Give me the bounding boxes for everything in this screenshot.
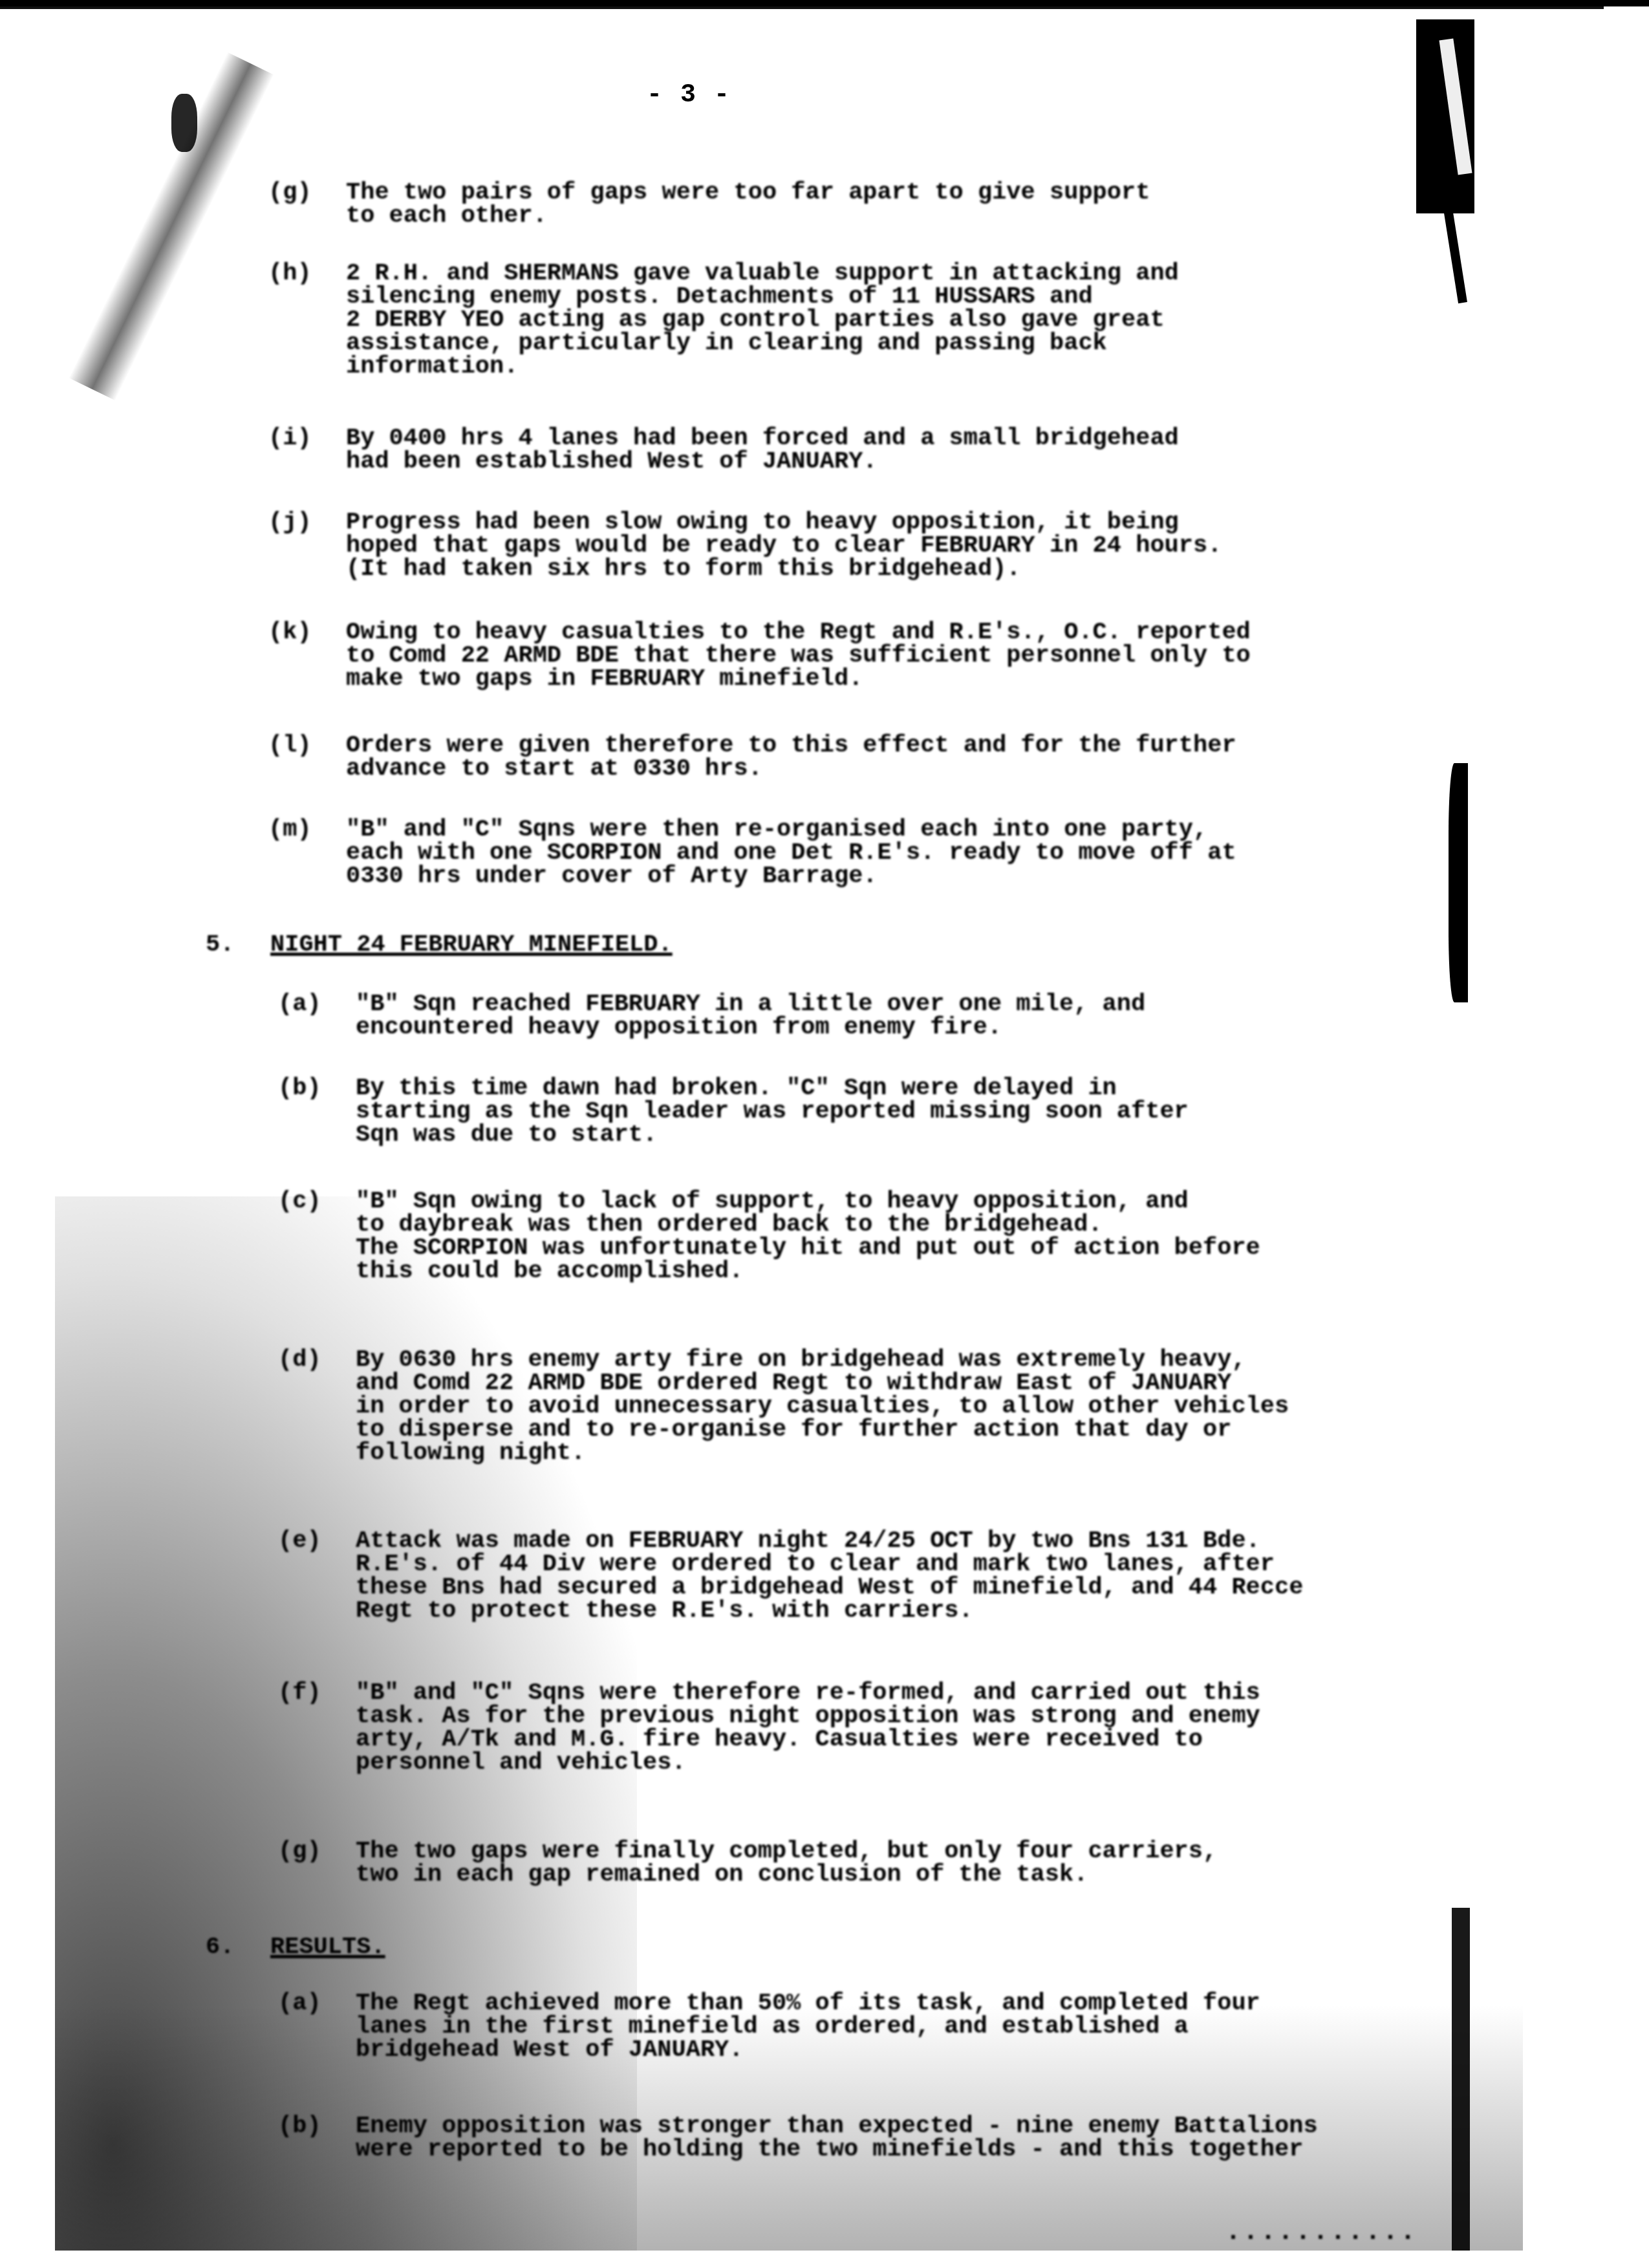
binding-mark-right-bottom — [1452, 1908, 1470, 2251]
paragraph-label: (a) — [278, 993, 321, 1016]
paragraph-text: "B" and "C" Sqns were therefore re-forme… — [356, 1681, 1423, 1775]
section-number: 6. — [206, 1934, 234, 1961]
section-title: NIGHT 24 FEBRUARY MINEFIELD. — [270, 931, 673, 958]
paragraph-label: (b) — [278, 1077, 321, 1100]
paragraph-label: (a) — [278, 1992, 321, 2015]
paragraph-text: By this time dawn had broken. "C" Sqn we… — [356, 1077, 1423, 1147]
scan-bottom-margin — [0, 2251, 1649, 2268]
scan-top-rule — [0, 6, 1604, 9]
paragraph-text: By 0630 hrs enemy arty fire on bridgehea… — [356, 1348, 1423, 1465]
paragraph-text: Attack was made on FEBRUARY night 24/25 … — [356, 1529, 1423, 1623]
section-title: RESULTS. — [270, 1934, 385, 1961]
section-number: 5. — [206, 931, 234, 958]
paragraph-text: Owing to heavy casualties to the Regt an… — [346, 621, 1413, 691]
paragraph-text: "B" Sqn reached FEBRUARY in a little ove… — [356, 993, 1423, 1039]
binding-mark-top-left — [171, 94, 197, 152]
paragraph-label: (m) — [268, 818, 312, 841]
paragraph-text: The two pairs of gaps were too far apart… — [346, 181, 1413, 228]
paragraph-label: (f) — [278, 1681, 321, 1705]
paragraph-label: (i) — [268, 427, 312, 450]
paragraph-label: (l) — [268, 734, 312, 757]
paragraph-label: (h) — [268, 262, 312, 285]
paragraph-label: (e) — [278, 1529, 321, 1553]
paragraph-text: Progress had been slow owing to heavy op… — [346, 511, 1413, 581]
page-number: - 3 - — [647, 81, 731, 110]
paragraph-text: "B" and "C" Sqns were then re-organised … — [346, 818, 1413, 888]
paragraph-text: The two gaps were finally completed, but… — [356, 1840, 1423, 1886]
paragraph-label: (d) — [278, 1348, 321, 1372]
continuation-marker: ........... — [1225, 2218, 1417, 2247]
scan-top-border — [0, 0, 1649, 6]
paragraph-text: The Regt achieved more than 50% of its t… — [356, 1992, 1423, 2062]
paragraph-label: (g) — [278, 1840, 321, 1863]
binding-mark-right-middle — [1449, 763, 1468, 1002]
paragraph-label: (j) — [268, 511, 312, 534]
paragraph-text: By 0400 hrs 4 lanes had been forced and … — [346, 427, 1413, 473]
paragraph-text: "B" Sqn owing to lack of support, to hea… — [356, 1190, 1423, 1283]
paragraph-text: 2 R.H. and SHERMANS gave valuable suppor… — [346, 262, 1413, 378]
paragraph-label: (c) — [278, 1190, 321, 1213]
paragraph-label: (g) — [268, 181, 312, 204]
paragraph-text: Enemy opposition was stronger than expec… — [356, 2115, 1423, 2161]
binding-streak-top-left — [69, 52, 274, 400]
paragraph-text: Orders were given therefore to this effe… — [346, 734, 1413, 781]
paragraph-label: (k) — [268, 621, 312, 644]
paragraph-label: (b) — [278, 2115, 321, 2138]
